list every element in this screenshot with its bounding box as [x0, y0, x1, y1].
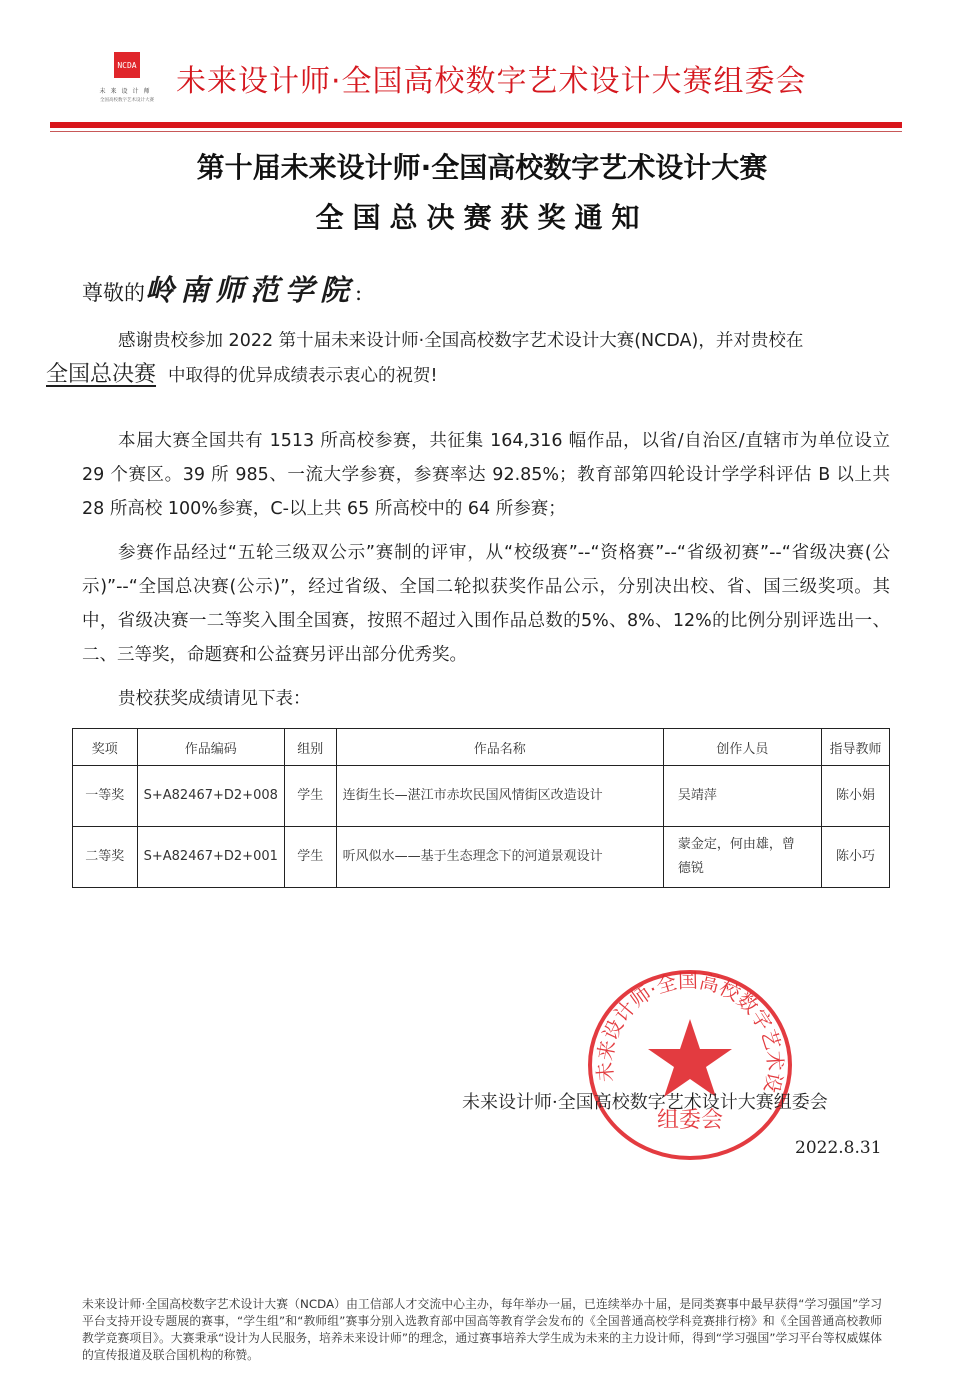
salutation: 尊敬的岭南师范学院:	[82, 268, 362, 309]
paragraph-process: 参赛作品经过“五轮三级双公示”赛制的评审，从“校级赛”--“资格赛”--“省级初…	[82, 536, 890, 672]
creators-cell: 蒙金定，何由雄，曾德锐	[663, 827, 821, 888]
header-divider-thin	[50, 131, 902, 132]
table-header-row: 奖项 作品编码 组别 作品名称 创作人员 指导教师	[73, 729, 890, 766]
code-cell: S+A82467+D2+001	[137, 827, 284, 888]
header-divider-thick	[50, 122, 902, 128]
header-title: 作品名称	[336, 729, 663, 766]
paragraph-table-intro: 贵校获奖成绩请见下表：	[82, 682, 890, 716]
salutation-suffix: :	[355, 281, 362, 305]
advisor-cell: 陈小娟	[821, 766, 889, 827]
document-subtitle: 全国总决赛获奖通知	[0, 196, 964, 236]
logo-subtext: 全国高校数字艺术设计大赛	[86, 97, 168, 103]
code-cell: S+A82467+D2+008	[137, 766, 284, 827]
title-cell: 听风似水——基于生态理念下的河道景观设计	[336, 827, 663, 888]
competition-level-highlight: 全国总决赛	[46, 362, 168, 387]
table-row: 一等奖 S+A82467+D2+008 学生 连街生长—湛江市赤坎民国风情街区改…	[73, 766, 890, 827]
header-advisor: 指导教师	[821, 729, 889, 766]
header-award: 奖项	[73, 729, 138, 766]
title-cell: 连街生长—湛江市赤坎民国风情街区改造设计	[336, 766, 663, 827]
signature-org: 未来设计师·全国高校数字艺术设计大赛组委会	[462, 1088, 828, 1114]
logo-mark: NCDA	[117, 61, 136, 70]
logo-text: 未来设计师	[86, 86, 168, 95]
document-title: 第十届未来设计师·全国高校数字艺术设计大赛	[0, 146, 964, 186]
signature-date: 2022.8.31	[795, 1138, 882, 1158]
ncda-logo-icon: NCDA	[114, 52, 140, 78]
congrats-text-2: 中取得的优异成绩表示衷心的祝贺!	[168, 366, 438, 386]
org-header-title: 未来设计师·全国高校数字艺术设计大赛组委会	[176, 56, 807, 100]
group-cell: 学生	[284, 766, 336, 827]
awards-table: 奖项 作品编码 组别 作品名称 创作人员 指导教师 一等奖 S+A82467+D…	[72, 728, 890, 888]
official-seal-icon: 未来设计师·全国高校数字艺术设计大 组委会	[585, 967, 795, 1162]
header-code: 作品编码	[137, 729, 284, 766]
school-name: 岭南师范学院	[145, 273, 355, 307]
award-cell: 一等奖	[73, 766, 138, 827]
table-row: 二等奖 S+A82467+D2+001 学生 听风似水——基于生态理念下的河道景…	[73, 827, 890, 888]
award-cell: 二等奖	[73, 827, 138, 888]
paragraph-statistics: 本届大赛全国共有 1513 所高校参赛，共征集 164,316 幅作品，以省/自…	[82, 424, 890, 526]
group-cell: 学生	[284, 827, 336, 888]
creators-cell: 吴靖萍	[663, 766, 821, 827]
congrats-text-1: 感谢贵校参加 2022 第十届未来设计师·全国高校数字艺术设计大赛(NCDA)，…	[118, 331, 803, 351]
footer-description: 未来设计师·全国高校数字艺术设计大赛（NCDA）由工信部人才交流中心主办，每年举…	[82, 1296, 882, 1364]
header-group: 组别	[284, 729, 336, 766]
salutation-prefix: 尊敬的	[82, 281, 145, 305]
paragraph-congrats: 感谢贵校参加 2022 第十届未来设计师·全国高校数字艺术设计大赛(NCDA)，…	[82, 324, 890, 393]
header-creators: 创作人员	[663, 729, 821, 766]
advisor-cell: 陈小巧	[821, 827, 889, 888]
